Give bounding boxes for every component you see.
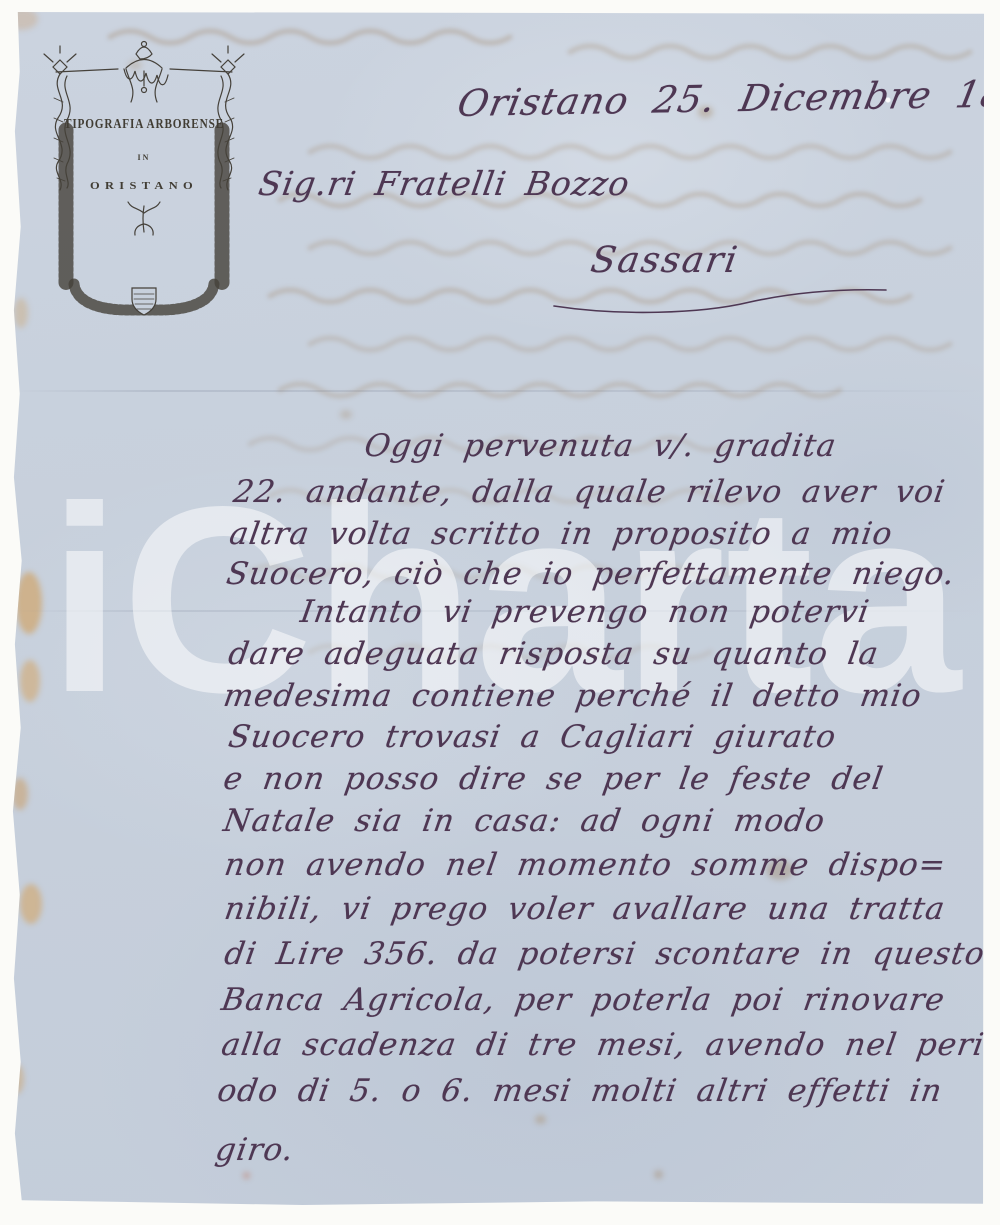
handwritten-line: non avendo nel momento somme dispo= <box>222 847 949 883</box>
handwritten-line: e non posso dire se per le feste del <box>221 761 886 797</box>
letter-page: iCharta <box>10 12 985 1205</box>
handwritten-line: odo di 5. o 6. mesi molti altri effetti … <box>215 1073 945 1109</box>
city-underline-flourish <box>550 284 890 318</box>
handwritten-line: Natale sia in casa: ad ogni modo <box>221 803 828 839</box>
recipient-line: Sig.ri Fratelli Bozzo <box>256 164 633 203</box>
recipient-city-line: Sassari <box>588 240 742 281</box>
handwritten-line: Banca Agricola, per poterla poi rinovare <box>219 982 948 1018</box>
handwritten-line: nibili, vi prego voler avallare una trat… <box>222 891 948 927</box>
handwritten-line: di Lire 356. da potersi scontare in ques… <box>222 936 988 972</box>
letterhead-preposition: IN <box>138 153 151 162</box>
scan-background: iCharta <box>0 0 1000 1225</box>
handwritten-line: medesima contiene perché il detto mio <box>221 678 925 714</box>
handwritten-line: Suocero, ciò che io perfettamente niego. <box>224 556 958 592</box>
handwritten-line: Suocero trovasi a Cagliari giurato <box>226 719 839 755</box>
letterhead-title: TIPOGRAFIA ARBORENSE <box>64 116 224 131</box>
handwritten-line: giro. <box>213 1132 297 1168</box>
handwritten-line: alla scadenza di tre mesi, avendo nel pe… <box>219 1027 1000 1063</box>
handwritten-line: 22. andante, dalla quale rilevo aver voi <box>231 474 948 510</box>
handwritten-line: dare adeguata risposta su quanto la <box>226 636 882 672</box>
handwritten-line: Intanto vi prevengo non potervi <box>298 594 872 630</box>
sprig-icon <box>128 202 160 235</box>
letterhead-emblem: TIPOGRAFIA ARBORENSE IN ORISTANO <box>30 38 258 316</box>
handwritten-line: altra volta scritto in proposito a mio <box>227 516 896 552</box>
handwritten-line: Oggi pervenuta v/. gradita <box>362 428 839 464</box>
canopy-icon <box>124 42 168 103</box>
letterhead-city: ORISTANO <box>90 181 198 192</box>
